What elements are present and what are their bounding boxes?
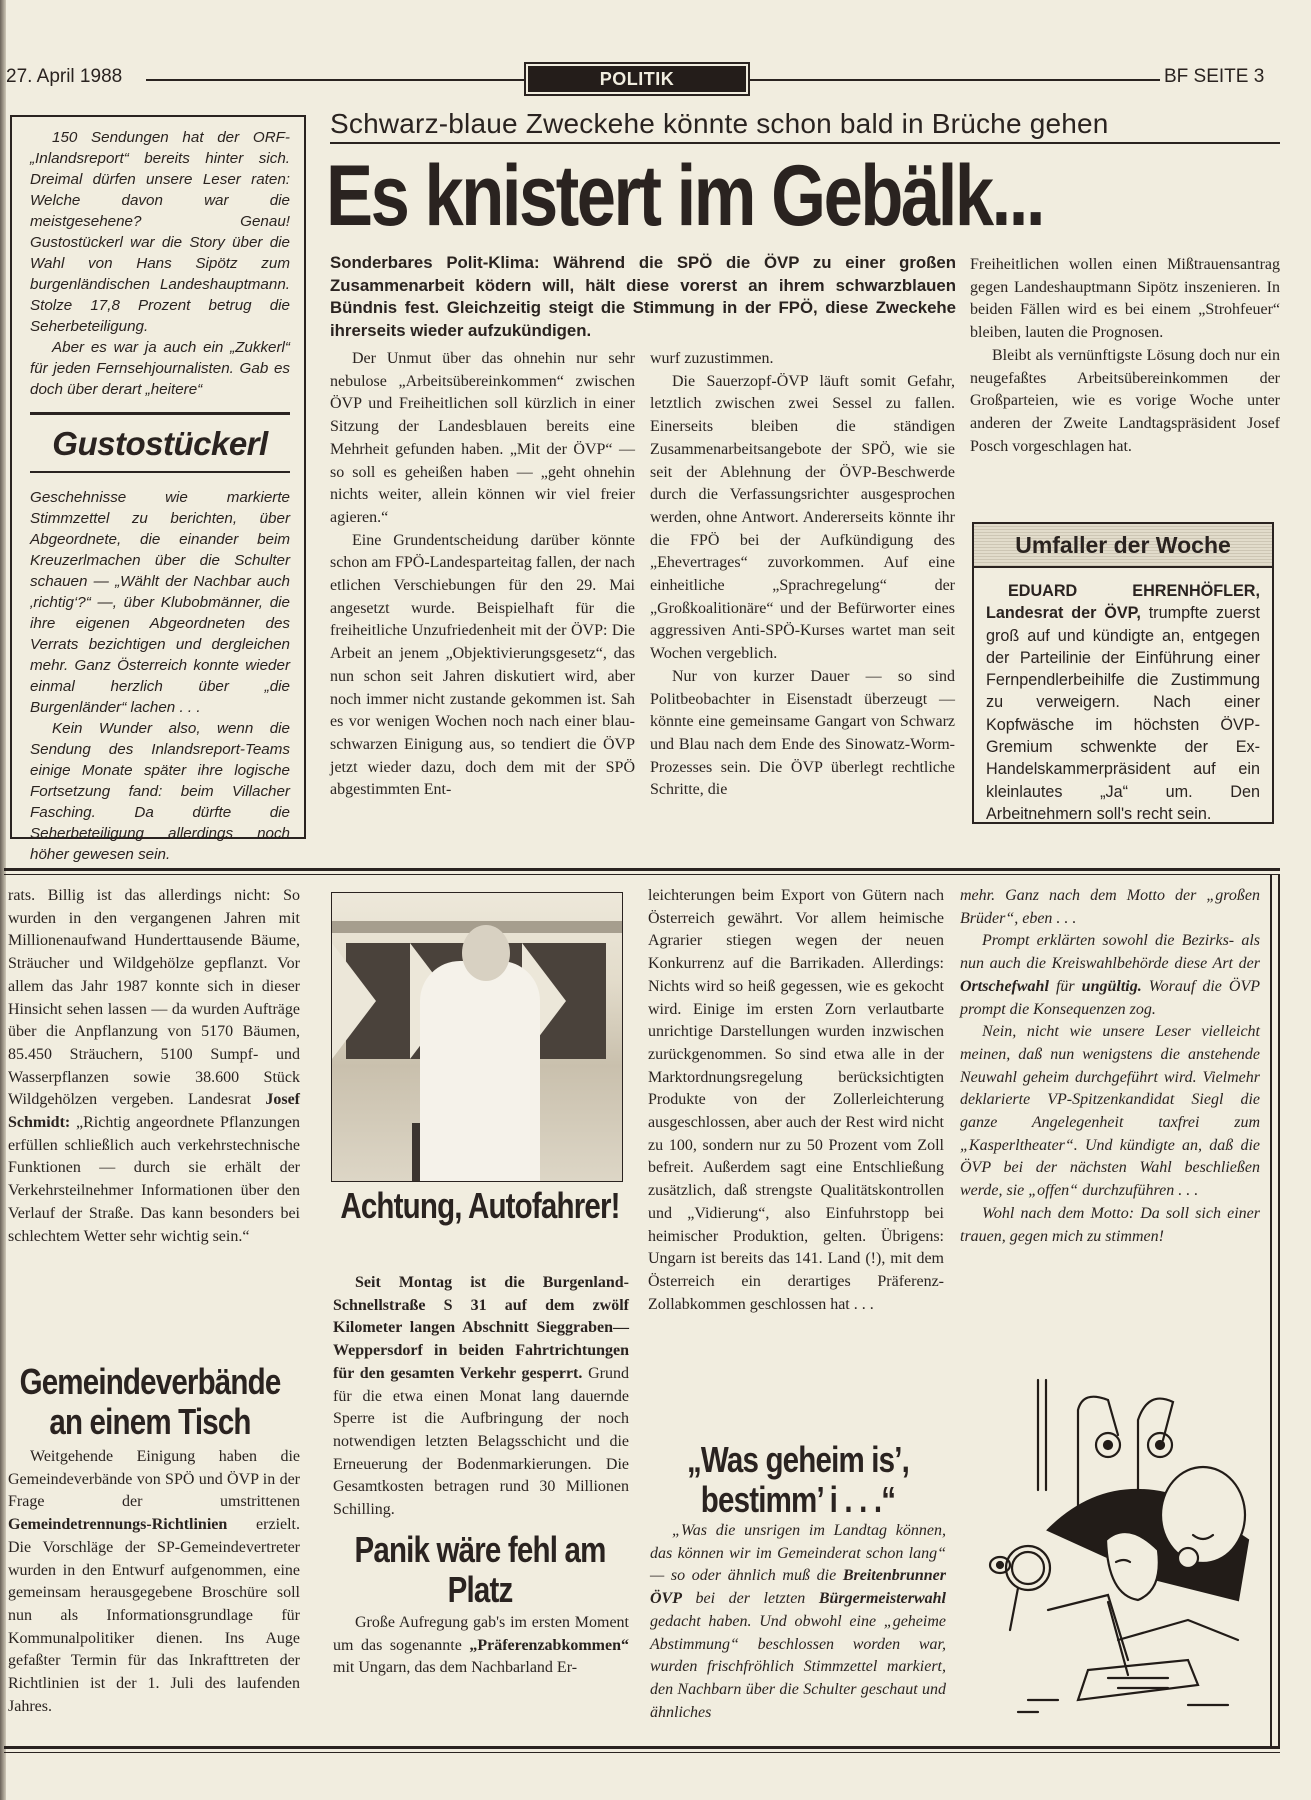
umfaller-role: Landesrat der ÖVP,: [986, 604, 1141, 622]
box-divider: [30, 471, 290, 473]
gemeinde-body: Weitgehende Einigung haben die Gemeindev…: [8, 1446, 300, 1718]
geheim-bold: ungültig.: [1082, 978, 1142, 995]
article-paragraph: Bleibt als vernünftigste Lösung doch nur…: [970, 345, 1280, 459]
article-kicker: Schwarz-blaue Zweckehe könnte schon bald…: [330, 108, 1280, 144]
photo-person-head: [462, 925, 510, 981]
article-headline: Es knistert im Gebälk...: [326, 148, 1121, 244]
box-divider: [30, 412, 290, 415]
gustostueckerl-box: 150 Sendungen hat der ORF-„Inlandsreport…: [10, 115, 306, 839]
article-paragraph: Eine Grundentscheidung darüber könnte sc…: [330, 530, 635, 802]
continued-text: „Richtig angeordnete Pflanzungen erfülle…: [8, 1114, 300, 1245]
page-header: 27. April 1988 POLITIK BF SEITE 3: [4, 62, 1288, 92]
achtung-headline: Achtung, Autofahrer!: [332, 1186, 627, 1226]
geheim-paragraph: Nein, nicht wie unsere Leser vielleicht …: [960, 1021, 1260, 1203]
umfaller-der-woche-box: Umfaller der Woche EDUARD EHRENHÖFLER,La…: [972, 522, 1274, 824]
geheim-headline: „Was geheim is’, bestimm’ i . . .“: [650, 1440, 945, 1520]
gemeinde-headline-wrap: Gemeindeverbände an einem Tisch: [0, 1362, 300, 1444]
geheim-text: bei der letzten: [682, 1590, 819, 1607]
article-column-3: Freiheitlichen wollen einen Mißtrauensan…: [970, 254, 1280, 458]
geheim-headline-wrap: „Was geheim is’, bestimm’ i . . .“: [648, 1440, 948, 1522]
header-rule: [146, 79, 526, 81]
geheim-bold: Ortschefwahl: [960, 978, 1049, 995]
geheim-text: Prompt erklärten sowohl die Bezirks- als…: [960, 932, 1260, 972]
box-intro-paragraph: Aber es war ja auch ein „Zukkerl“ für je…: [30, 337, 290, 400]
section-frame-bottom: [4, 1746, 1280, 1753]
header-rule: [750, 79, 1160, 81]
article-lead: Sonderbares Polit-Klima: Während die SPÖ…: [330, 252, 956, 342]
geheim-paragraph: mehr. Ganz nach dem Motto der „großen Br…: [960, 885, 1260, 930]
geheim-body: „Was die unsrigen im Landtag können, das…: [650, 1520, 946, 1724]
box-body-paragraph: Geschehnisse wie markierte Stimmzettel z…: [30, 487, 290, 718]
article-paragraph: wurf zuzustimmen.: [650, 348, 955, 371]
panik-headline-wrap: Panik wäre fehl am Platz: [330, 1530, 630, 1612]
article-column-1: Der Unmut über das ohnehin nur sehr nebu…: [330, 348, 635, 802]
section-label: POLITIK: [528, 66, 746, 92]
page-spine-shadow: [0, 0, 6, 1800]
umfaller-body: EDUARD EHRENHÖFLER,Landesrat der ÖVP, tr…: [974, 568, 1272, 825]
photo-person: [420, 961, 540, 1181]
article-paragraph: Die Sauerzopf-ÖVP läuft somit Gefahr, le…: [650, 371, 955, 666]
geheim-text: gedacht haben. Und obwohl eine „geheime …: [650, 1613, 946, 1721]
box-body-paragraph: Kein Wunder also, wenn die Sendung des I…: [30, 718, 290, 865]
achtung-headline-wrap: Achtung, Autofahrer!: [330, 1186, 630, 1228]
achtung-text: Grund für die etwa einen Monat lang daue…: [333, 1365, 629, 1518]
umfaller-text: trumpfte zuerst groß auf und kündigte an…: [986, 604, 1260, 823]
box-intro-paragraph: 150 Sendungen hat der ORF-„Inlandsreport…: [30, 127, 290, 337]
geheim-text: für: [1049, 978, 1082, 995]
article-column-2: wurf zuzustimmen. Die Sauerzopf-ÖVP läuf…: [650, 348, 955, 802]
section-label-box: POLITIK: [524, 62, 750, 96]
gemeinde-text: erzielt. Die Vorschläge der SP-Gemeindev…: [8, 1516, 300, 1715]
geheim-continued-column: mehr. Ganz nach dem Motto der „großen Br…: [960, 885, 1260, 1248]
voting-booth-cartoon: [988, 1340, 1250, 1724]
photo-chevron: [332, 943, 376, 1059]
panik-headline: Panik wäre fehl am Platz: [332, 1530, 627, 1610]
gemeinde-headline: Gemeindeverbände an einem Tisch: [2, 1362, 297, 1442]
continued-text: rats. Billig ist das allerdings nicht: S…: [8, 887, 300, 1108]
article-paragraph: Der Unmut über das ohnehin nur sehr nebu…: [330, 348, 635, 530]
article-paragraph: Freiheitlichen wollen einen Mißtrauensan…: [970, 254, 1280, 345]
panik-body: Große Aufregung gab's im ersten Moment u…: [333, 1612, 629, 1680]
panik-bold: „Präferenzabkommen“: [469, 1637, 629, 1654]
section-frame-right: [1270, 875, 1280, 1749]
continued-column: rats. Billig ist das allerdings nicht: S…: [8, 885, 300, 1248]
geheim-paragraph: Wohl nach dem Motto: Da soll sich einer …: [960, 1203, 1260, 1248]
issue-date: 27. April 1988: [6, 66, 122, 88]
umfaller-title: Umfaller der Woche: [974, 524, 1272, 568]
umfaller-person: EDUARD EHRENHÖFLER,: [986, 580, 1260, 602]
section-frame-top: [4, 868, 1280, 875]
page-number: BF SEITE 3: [1164, 66, 1264, 88]
panik-text: mit Ungarn, das dem Nachbarland Er-: [333, 1659, 577, 1676]
gemeinde-text: Weitgehende Einigung haben die Gemeindev…: [8, 1448, 300, 1510]
box-title: Gustostückerl: [30, 425, 290, 463]
geheim-paragraph: Prompt erklärten sowohl die Bezirks- als…: [960, 930, 1260, 1021]
geheim-bold: Bürgermeisterwahl: [819, 1590, 946, 1607]
praeferenz-column: leichterungen beim Export von Gütern nac…: [648, 885, 944, 1316]
gemeinde-bold: Gemeindetrennungs-Richtlinien: [8, 1516, 227, 1533]
article-paragraph: Nur von kurzer Dauer — so sind Politbeob…: [650, 666, 955, 802]
achtung-body: Seit Montag ist die Burgenland-Schnellst…: [333, 1272, 629, 1522]
road-closure-photo: [331, 892, 623, 1182]
